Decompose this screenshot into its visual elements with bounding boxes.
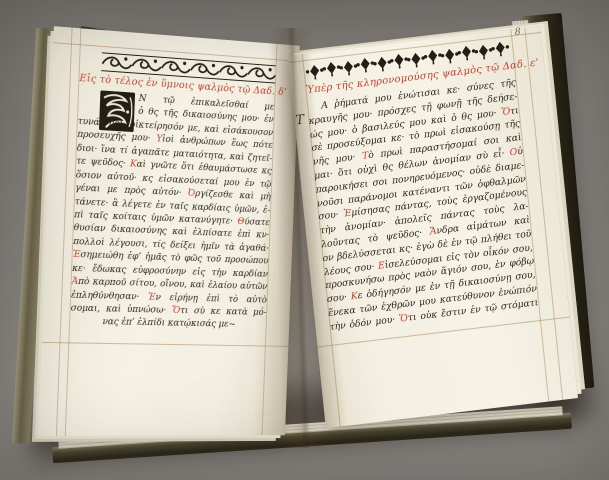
psalm-4-text-column: Ν τῷ ἐπικαλεῖσθαί με εἰσήκουσέ μουὁ θς τ…: [70, 88, 275, 332]
folio-number: 8: [514, 26, 521, 38]
ruling-bottom: [42, 342, 289, 347]
ruling-left-margin-outer: [56, 28, 73, 436]
left-page: Εἰς τὸ τέλος ἐν ὕμνοις ψαλμὸς τῷ Δαδ. δ’…: [38, 26, 300, 436]
right-page: 8 Ὑπὲρ τῆς κληρονομούσης ψαλμὸς τῷ Δαδ. …: [288, 26, 578, 428]
margin-initial-tau: Τ: [295, 113, 305, 129]
photo-scene: Εἰς τὸ τέλος ἐν ὕμνοις ψαλμὸς τῷ Δαδ. δ’…: [0, 0, 609, 480]
psalm-5-text-column: Α ῥήματά μου ἐνώτισαι κε· σύνες τῆςκραυγ…: [307, 76, 539, 334]
